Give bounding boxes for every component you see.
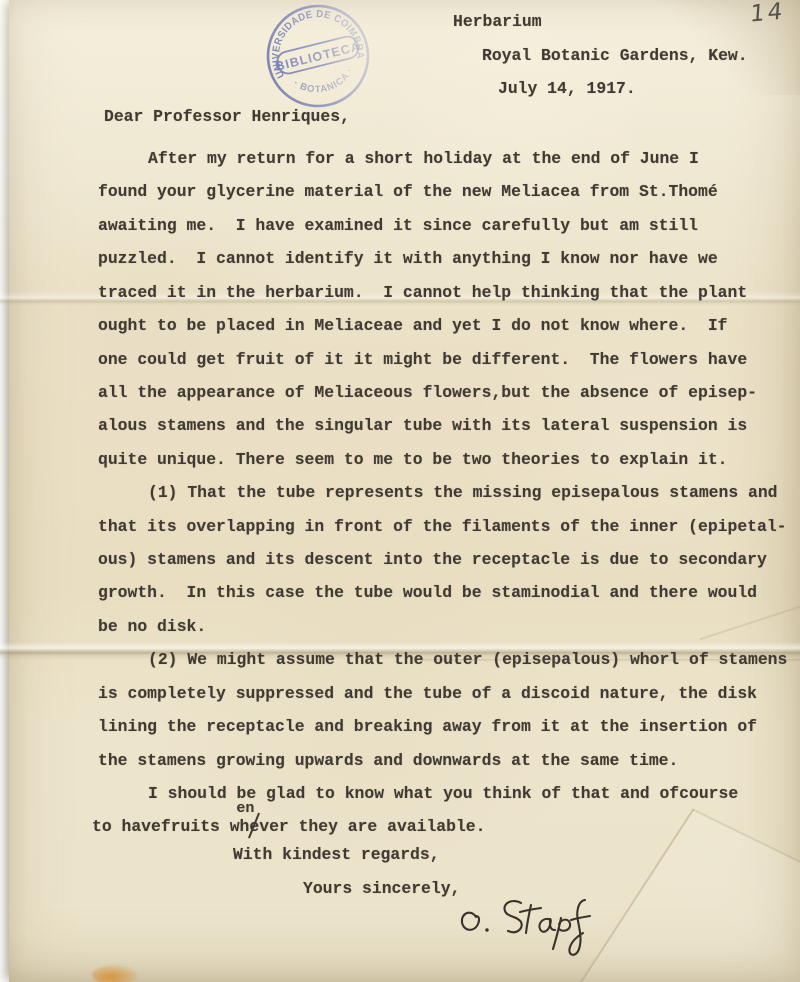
letter-line: alous stamens and the singular tube with… bbox=[98, 416, 747, 435]
letter-scan: UNIVERSIDADE DE COIMBRA · BOTANICA · BIB… bbox=[0, 0, 800, 982]
letterhead-herbarium: Herbarium bbox=[453, 12, 542, 31]
letter-line: After my return for a short holiday at t… bbox=[148, 149, 699, 168]
letter-line: lining the receptacle and breaking away … bbox=[98, 717, 757, 736]
letter-date: July 14, 1917. bbox=[498, 79, 636, 98]
letter-line: ous) stamens and its descent into the re… bbox=[98, 550, 767, 569]
letter-text-layer: Herbarium Royal Botanic Gardens, Kew. Ju… bbox=[0, 0, 800, 982]
letter-line: the stamens growing upwards and downward… bbox=[98, 751, 678, 770]
letter-line: quite unique. There seem to me to be two… bbox=[98, 450, 728, 469]
letter-line: traced it in the herbarium. I cannot hel… bbox=[98, 283, 747, 302]
salutation: Dear Professor Henriques, bbox=[104, 107, 350, 126]
letter-line: found your glycerine material of the new… bbox=[98, 182, 718, 201]
letter-line: to havefruits wheenver they are availabl… bbox=[92, 817, 485, 836]
letter-line: be no disk. bbox=[98, 617, 206, 636]
letter-line: awaiting me. I have examined it since ca… bbox=[98, 216, 698, 235]
letter-line: (2) We might assume that the outer (epis… bbox=[148, 650, 787, 669]
letterhead-address: Royal Botanic Gardens, Kew. bbox=[482, 46, 748, 65]
closing-regards: With kindest regards, bbox=[233, 845, 440, 864]
letter-line: growth. In this case the tube would be s… bbox=[98, 583, 757, 602]
slashed-character: een bbox=[249, 817, 259, 836]
typed-insertion: en bbox=[236, 800, 254, 817]
letter-line: puzzled. I cannot identify it with anyth… bbox=[98, 249, 718, 268]
signature-o-stapf: O.Stapf bbox=[455, 892, 605, 977]
letter-line: (1) That the tube represents the missing… bbox=[148, 483, 778, 502]
letter-line: is completely suppressed and the tube of… bbox=[98, 684, 757, 703]
closing-sincerely: Yours sincerely, bbox=[303, 879, 460, 898]
letter-body: After my return for a short holiday at t… bbox=[98, 149, 798, 849]
letter-line: one could get fruit of it it might be di… bbox=[98, 350, 747, 369]
letter-line: all the appearance of Meliaceous flowers… bbox=[98, 383, 757, 402]
letter-line: that its overlapping in front of the fil… bbox=[98, 517, 787, 536]
letter-line: ought to be placed in Meliaceae and yet … bbox=[98, 316, 728, 335]
